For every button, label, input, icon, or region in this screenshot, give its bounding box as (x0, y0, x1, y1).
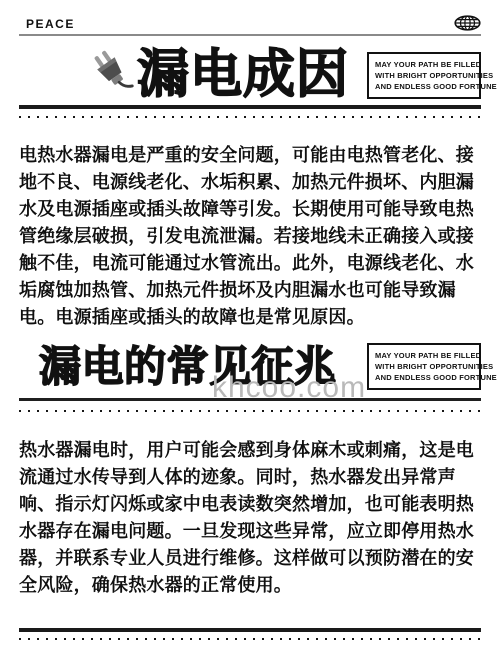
motto-line: AND ENDLESS GOOD FORTUNE (375, 81, 473, 92)
motto-line: AND ENDLESS GOOD FORTUNE (375, 372, 473, 383)
dotted-divider-3 (19, 638, 481, 640)
motto-line: WITH BRIGHT OPPORTUNITIES (375, 361, 473, 372)
section1-title-row: 漏电成因 MAY YOUR PATH BE FILLED WITH BRIGHT… (19, 48, 481, 102)
thick-divider-top (19, 105, 481, 109)
section1-body: 电热水器漏电是严重的安全问题，可能由电热管老化、接地不良、电源线老化、水垢积累、… (19, 142, 481, 331)
brand-text: PEACE (19, 17, 75, 31)
page-header: PEACE (19, 0, 481, 31)
article-page: PEACE (0, 0, 500, 667)
motto-line: WITH BRIGHT OPPORTUNITIES (375, 70, 473, 81)
watermark: khcoo.com (212, 371, 366, 405)
section1-title-group: 漏电成因 (89, 48, 349, 103)
dotted-divider-2 (19, 410, 481, 412)
header-divider (19, 34, 481, 36)
plug-icon (89, 48, 135, 103)
dotted-divider-1 (19, 116, 481, 118)
motto-line: MAY YOUR PATH BE FILLED (375, 59, 473, 70)
globe-icon (454, 15, 481, 31)
motto-box-2: MAY YOUR PATH BE FILLED WITH BRIGHT OPPO… (367, 343, 481, 390)
section2-body: 热水器漏电时，用户可能会感到身体麻木或刺痛，这是电流通过水传导到人体的迹象。同时… (19, 437, 481, 599)
motto-box-1: MAY YOUR PATH BE FILLED WITH BRIGHT OPPO… (367, 52, 481, 99)
motto-line: MAY YOUR PATH BE FILLED (375, 350, 473, 361)
thick-divider-bottom (19, 628, 481, 632)
page-footer (19, 628, 481, 640)
section1-title: 漏电成因 (137, 48, 349, 102)
